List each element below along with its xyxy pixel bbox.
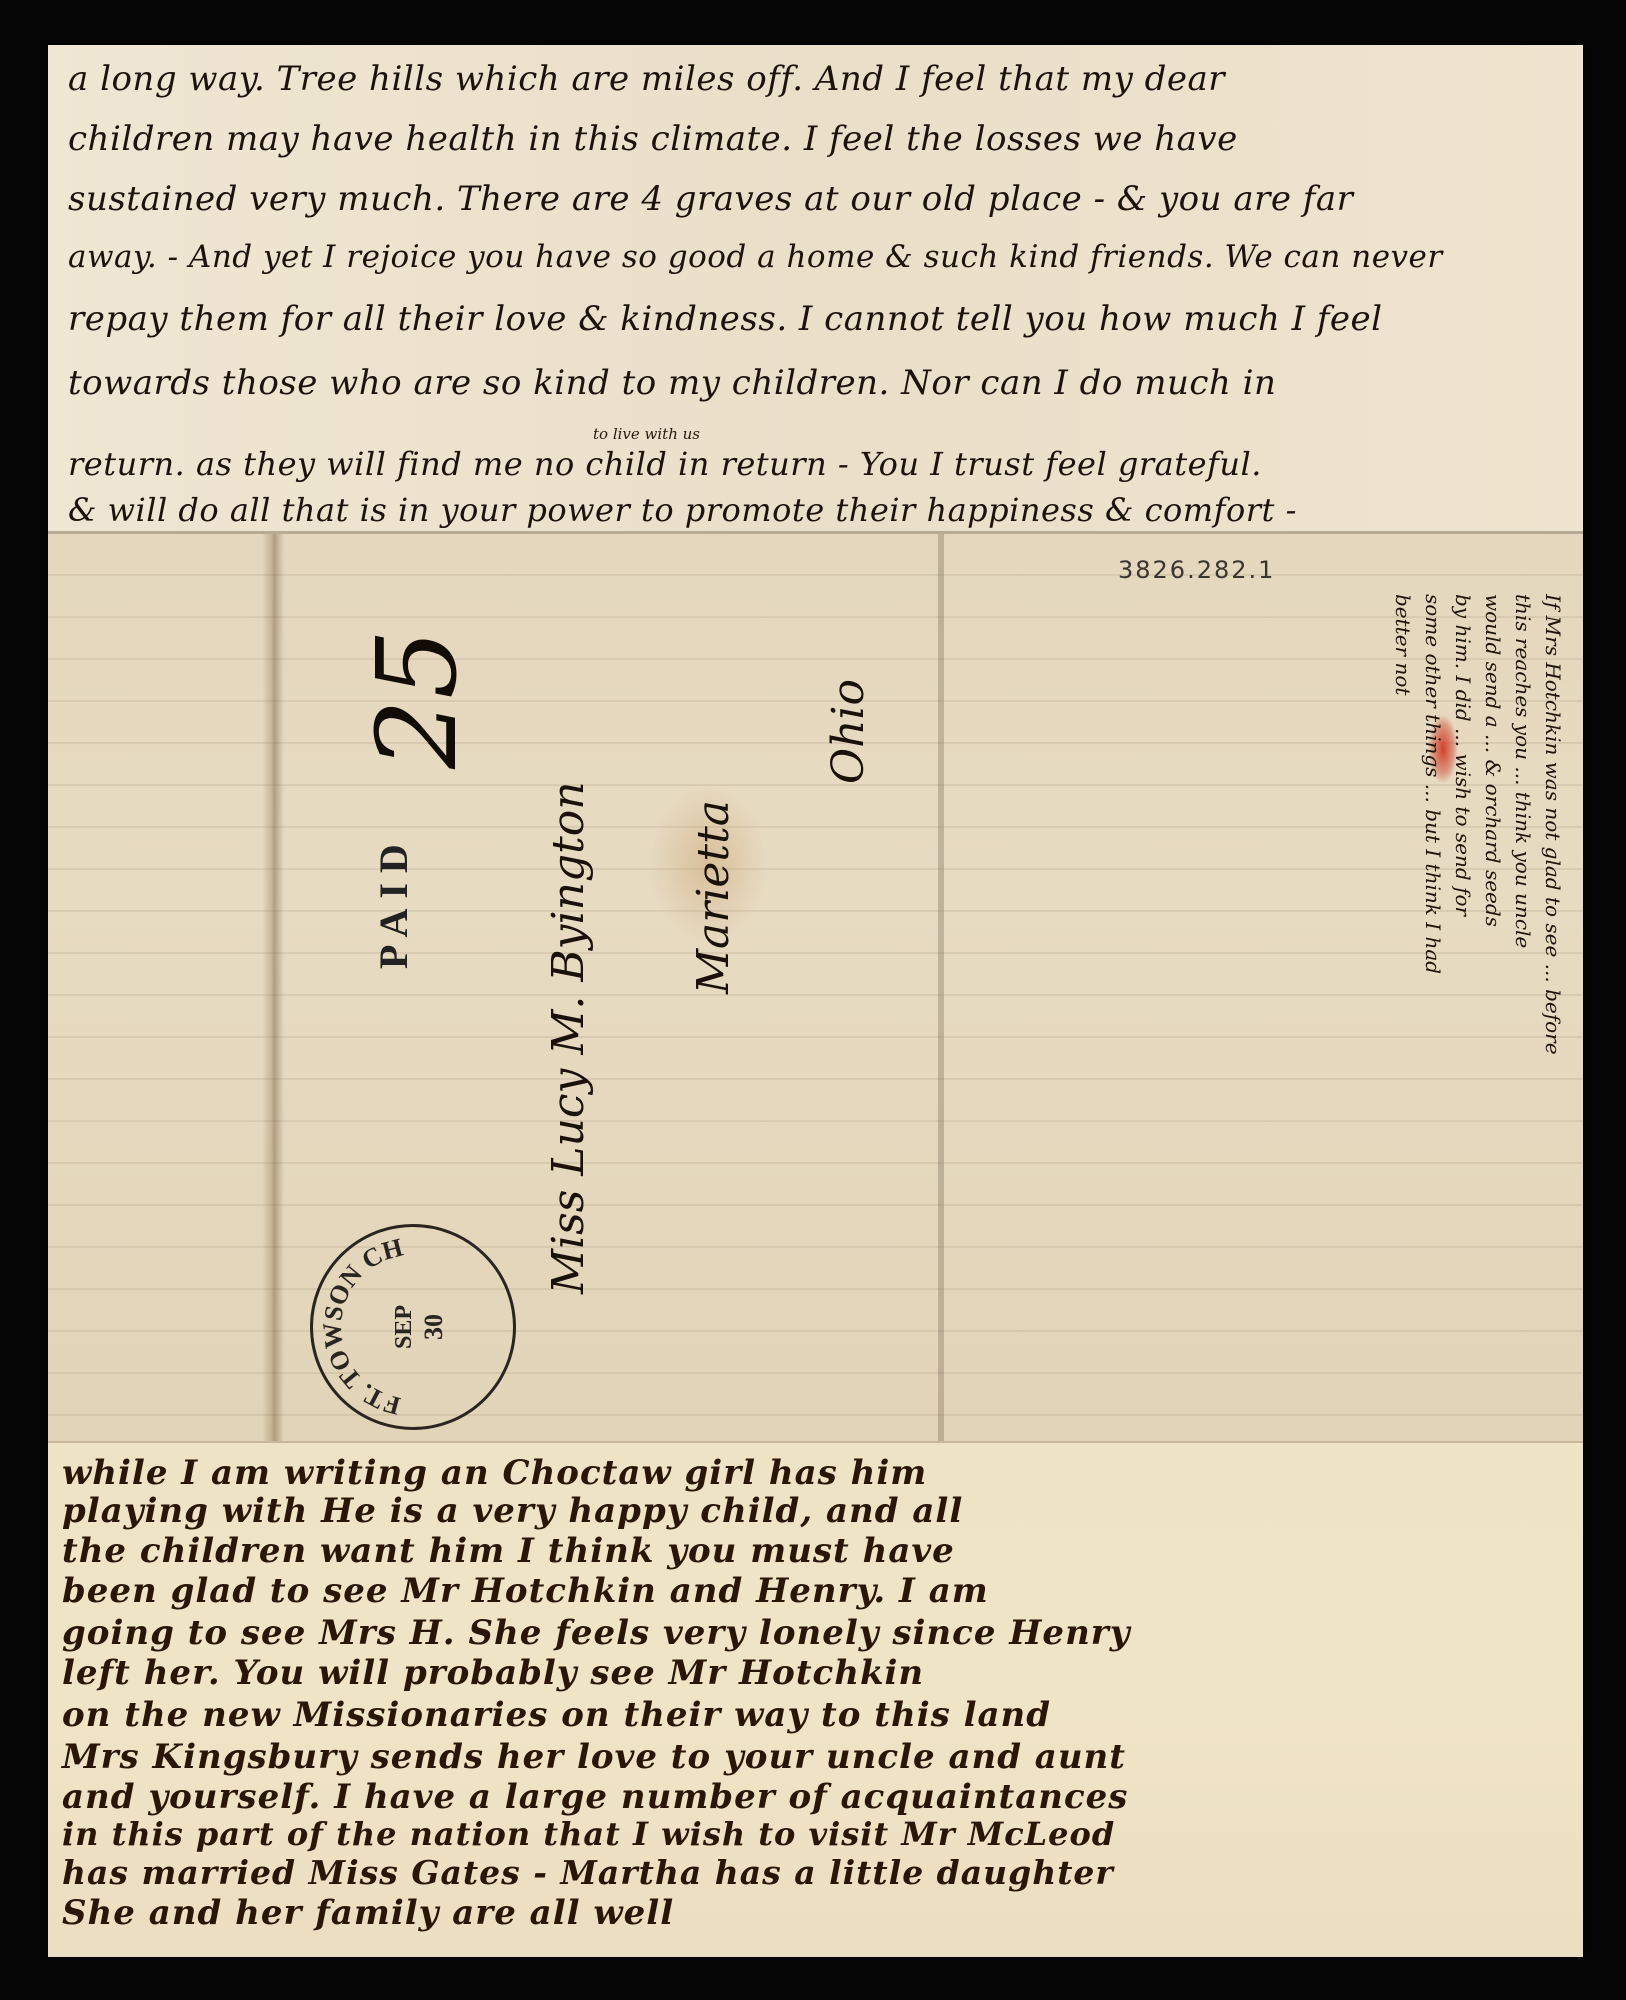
handwritten-line: & will do all that is in your power to p… (68, 491, 1297, 529)
handwritten-line: going to see Mrs H. She feels very lonel… (62, 1613, 1130, 1653)
side-note-line: If Mrs Hotchkin was not glad to see ... … (1538, 594, 1568, 1055)
paid-stamp: PAID (370, 834, 417, 969)
handwritten-line: children may have health in this climate… (68, 119, 1238, 159)
handwritten-line: while I am writing an Choctaw girl has h… (62, 1453, 927, 1493)
address-panel: 3826.282.1 PAID 25 Miss Lucy M. Byington… (48, 531, 1583, 1444)
handwritten-line: Mrs Kingsbury sends her love to your unc… (62, 1737, 1126, 1777)
letter-top-section: a long way. Tree hills which are miles o… (48, 45, 1583, 531)
handwritten-line: been glad to see Mr Hotchkin and Henry. … (62, 1571, 989, 1611)
side-note-line: better not (1388, 594, 1418, 1055)
handwritten-line: has married Miss Gates - Martha has a li… (62, 1853, 1114, 1892)
vertical-fold (262, 534, 284, 1444)
handwritten-line: left her. You will probably see Mr Hotch… (62, 1653, 924, 1693)
interlinear-insertion: to live with us (593, 425, 700, 443)
handwritten-line: on the new Missionaries on their way to … (62, 1695, 1051, 1735)
postage-rate: 25 (353, 629, 481, 769)
handwritten-line: in this part of the nation that I wish t… (62, 1815, 1115, 1853)
postmark-day: 30 (419, 1227, 449, 1427)
side-note-line: some other things ... but I think I had (1418, 594, 1448, 1055)
handwritten-line: return. as they will find me no child in… (68, 445, 1262, 483)
vertical-fold (938, 534, 944, 1444)
cross-written-note: If Mrs Hotchkin was not glad to see ... … (1388, 594, 1568, 1055)
addressee-name: Miss Lucy M. Byington (543, 781, 594, 1294)
handwritten-line: a long way. Tree hills which are miles o… (68, 59, 1225, 99)
postmark-fort-towson: FT. TOWSON CHOC. NA. SEP 30 (310, 1224, 516, 1430)
address-city: Marietta (688, 800, 739, 994)
letter-sheet: a long way. Tree hills which are miles o… (48, 45, 1583, 1955)
handwritten-line: away. - And yet I rejoice you have so go… (68, 239, 1443, 275)
letter-bottom-section: while I am writing an Choctaw girl has h… (48, 1441, 1583, 1957)
handwritten-line: playing with He is a very happy child, a… (62, 1491, 963, 1531)
handwritten-line: She and her family are all well (62, 1893, 674, 1933)
side-note-line: by him. I did ... wish to send for (1448, 594, 1478, 1055)
handwritten-line: the children want him I think you must h… (62, 1531, 955, 1571)
address-state: Ohio (823, 679, 874, 784)
handwritten-line: towards those who are so kind to my chil… (68, 363, 1276, 403)
postmark-month: SEP (391, 1227, 418, 1427)
handwritten-line: and yourself. I have a large number of a… (62, 1777, 1128, 1817)
handwritten-line: repay them for all their love & kindness… (68, 299, 1383, 339)
handwritten-line: sustained very much. There are 4 graves … (68, 179, 1353, 219)
side-note-line: this reaches you ... think you uncle (1508, 594, 1538, 1055)
side-note-line: would send a ... & orchard seeds (1478, 594, 1508, 1055)
accession-number: 3826.282.1 (1118, 556, 1275, 584)
